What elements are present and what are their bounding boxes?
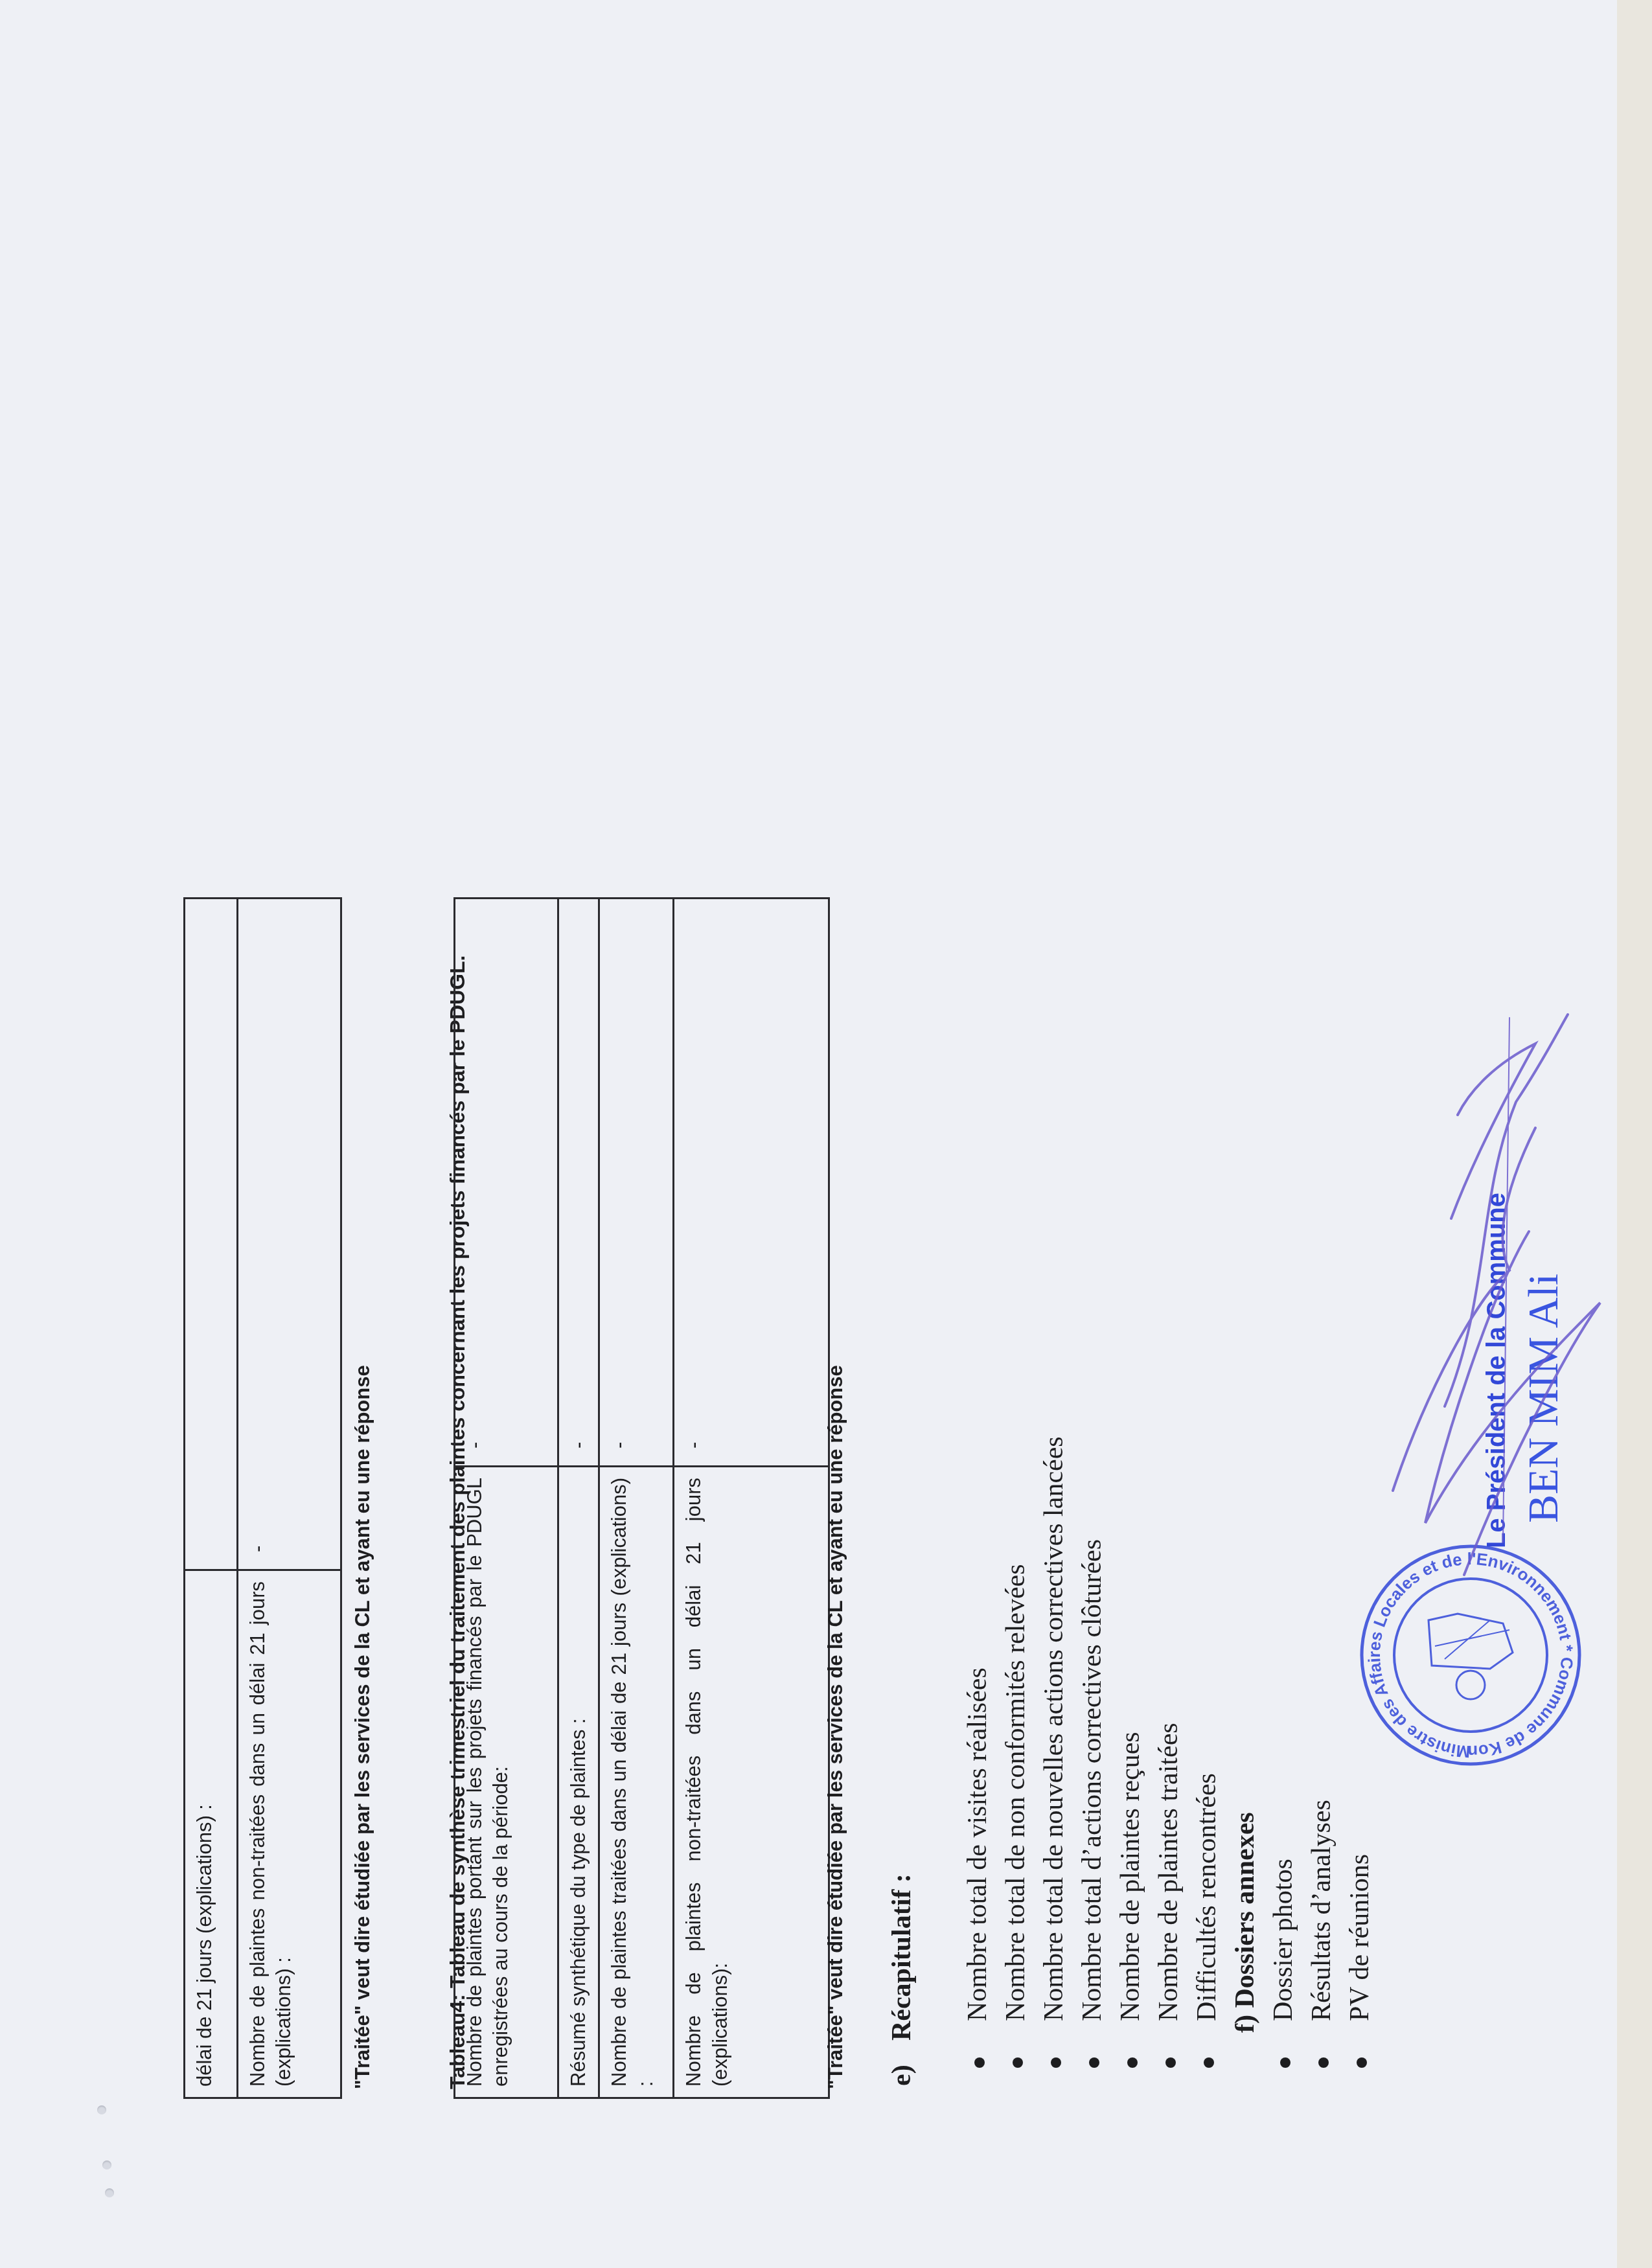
rotated-page: délai de 21 jours (explications) : Nombr… [0, 0, 1620, 2268]
signature-scribble [0, 0, 1620, 2268]
